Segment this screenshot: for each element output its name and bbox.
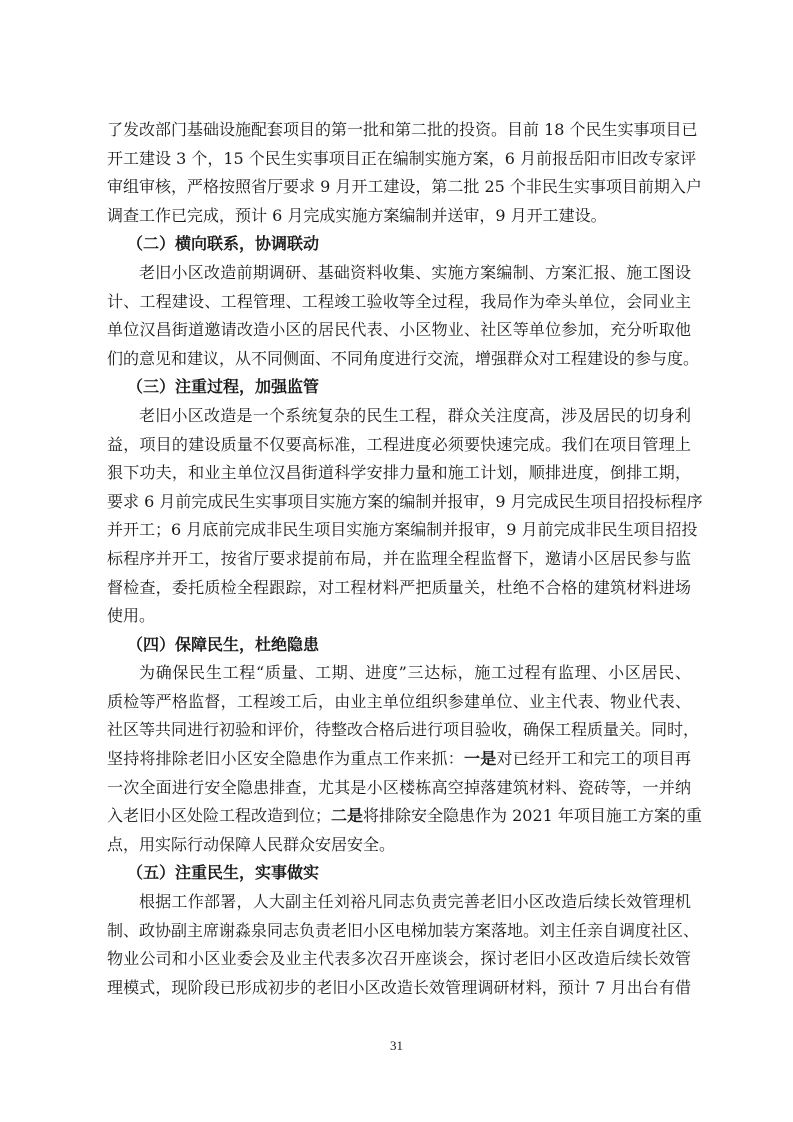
text-line: 根据工作部署，人大副主任刘裕凡同志负责完善老旧小区改造后续长效管理机: [107, 888, 691, 917]
text-line: 们的意见和建议，从不同侧面、不同角度进行交流，增强群众对工程建设的参与度。: [107, 345, 691, 374]
text-line: 狠下功夫，和业主单位汉昌街道科学安排力量和施工计划，顺排进度，倒排工期，: [107, 459, 691, 488]
paragraph-safety: 为确保民生工程“质量、工期、进度”三达标，施工过程有监理、小区居民、 质检等严格…: [107, 659, 691, 859]
text-line: 理模式，现阶段已形成初步的老旧小区改造长效管理调研材料，预计 7 月出台有借: [107, 974, 691, 1003]
text-line: 为确保民生工程“质量、工期、进度”三达标，施工过程有监理、小区居民、: [107, 659, 691, 688]
paragraph-coordination: 老旧小区改造前期调研、基础资料收集、实施方案编制、方案汇报、施工图设 计、工程建…: [107, 259, 691, 373]
text-line-mixed: 入老旧小区处险工程改造到位；二是将排除安全隐患作为 2021 年项目施工方案的重: [107, 802, 691, 831]
text-line: 老旧小区改造是一个系统复杂的民生工程，群众关注度高，涉及居民的切身利: [107, 402, 691, 431]
text-line: 要求 6 月前完成民生实事项目实施方案的编制并报审，9 月完成民生项目招投标程序: [107, 488, 691, 517]
text-line: 一次全面进行安全隐患排查，尤其是小区楼栋高空掉落建筑材料、瓷砖等，一并纳: [107, 774, 691, 803]
text-line: 社区等共同进行初验和评价，待整改合格后进行项目验收，确保工程质量关。同时，: [107, 716, 691, 745]
paragraph-livelihood: 根据工作部署，人大副主任刘裕凡同志负责完善老旧小区改造后续长效管理机 制、政协副…: [107, 888, 691, 1002]
text-line-mixed: 坚持将排除老旧小区安全隐患作为重点工作来抓：一是对已经开工和完工的项目再: [107, 745, 691, 774]
text-line: 审组审核，严格按照省厅要求 9 月开工建设，第二批 25 个非民生实事项目前期入…: [107, 173, 691, 202]
text-line: 使用。: [107, 602, 691, 631]
text-line: 了发改部门基础设施配套项目的第一批和第二批的投资。目前 18 个民生实事项目已: [107, 116, 691, 145]
text-run: 入老旧小区处险工程改造到位；: [107, 806, 331, 825]
text-run: 将排除安全隐患作为 2021 年项目施工方案的重: [363, 806, 702, 825]
text-line: 调查工作已完成，预计 6 月完成实施方案编制并送审，9 月开工建设。: [107, 202, 691, 231]
page-number: 31: [0, 1038, 793, 1054]
text-run: 对已经开工和完工的项目再: [496, 749, 691, 768]
section-heading-4: （四）保障民生，杜绝隐患: [107, 631, 691, 660]
text-line: 开工建设 3 个，15 个民生实事项目正在编制实施方案，6 月前报岳阳市旧改专家…: [107, 145, 691, 174]
text-line: 督检查，委托质检全程跟踪，对工程材料严把质量关，杜绝不合格的建筑材料进场: [107, 574, 691, 603]
text-line: 老旧小区改造前期调研、基础资料收集、实施方案编制、方案汇报、施工图设: [107, 259, 691, 288]
text-line: 制、政协副主席谢淼泉同志负责老旧小区电梯加装方案落地。刘主任亲自调度社区、: [107, 917, 691, 946]
emphasis-second: 二是: [331, 806, 363, 825]
section-heading-3: （三）注重过程，加强监管: [107, 373, 691, 402]
paragraph-supervision: 老旧小区改造是一个系统复杂的民生工程，群众关注度高，涉及居民的切身利 益，项目的…: [107, 402, 691, 631]
emphasis-first: 一是: [464, 749, 496, 768]
text-line: 质检等严格监督，工程竣工后，由业主单位组织参建单位、业主代表、物业代表、: [107, 688, 691, 717]
text-line: 益，项目的建设质量不仅要高标准，工程进度必须要快速完成。我们在项目管理上: [107, 431, 691, 460]
document-page: 了发改部门基础设施配套项目的第一批和第二批的投资。目前 18 个民生实事项目已 …: [107, 116, 691, 1002]
text-run: 坚持将排除老旧小区安全隐患作为重点工作来抓：: [107, 749, 464, 768]
section-heading-2: （二）横向联系，协调联动: [107, 230, 691, 259]
text-line: 计、工程建设、工程管理、工程竣工验收等全过程，我局作为牵头单位，会同业主: [107, 288, 691, 317]
section-heading-5: （五）注重民生，实事做实: [107, 859, 691, 888]
text-line: 点，用实际行动保障人民群众安居安全。: [107, 831, 691, 860]
text-line: 并开工；6 月底前完成非民生项目实施方案编制并报审，9 月前完成非民生项目招投: [107, 516, 691, 545]
text-line: 标程序并开工，按省厅要求提前布局，并在监理全程监督下，邀请小区居民参与监: [107, 545, 691, 574]
text-line: 物业公司和小区业委会及业主代表多次召开座谈会，探讨老旧小区改造后续长效管: [107, 945, 691, 974]
text-line: 单位汉昌街道邀请改造小区的居民代表、小区物业、社区等单位参加，充分听取他: [107, 316, 691, 345]
paragraph-investment: 了发改部门基础设施配套项目的第一批和第二批的投资。目前 18 个民生实事项目已 …: [107, 116, 691, 230]
